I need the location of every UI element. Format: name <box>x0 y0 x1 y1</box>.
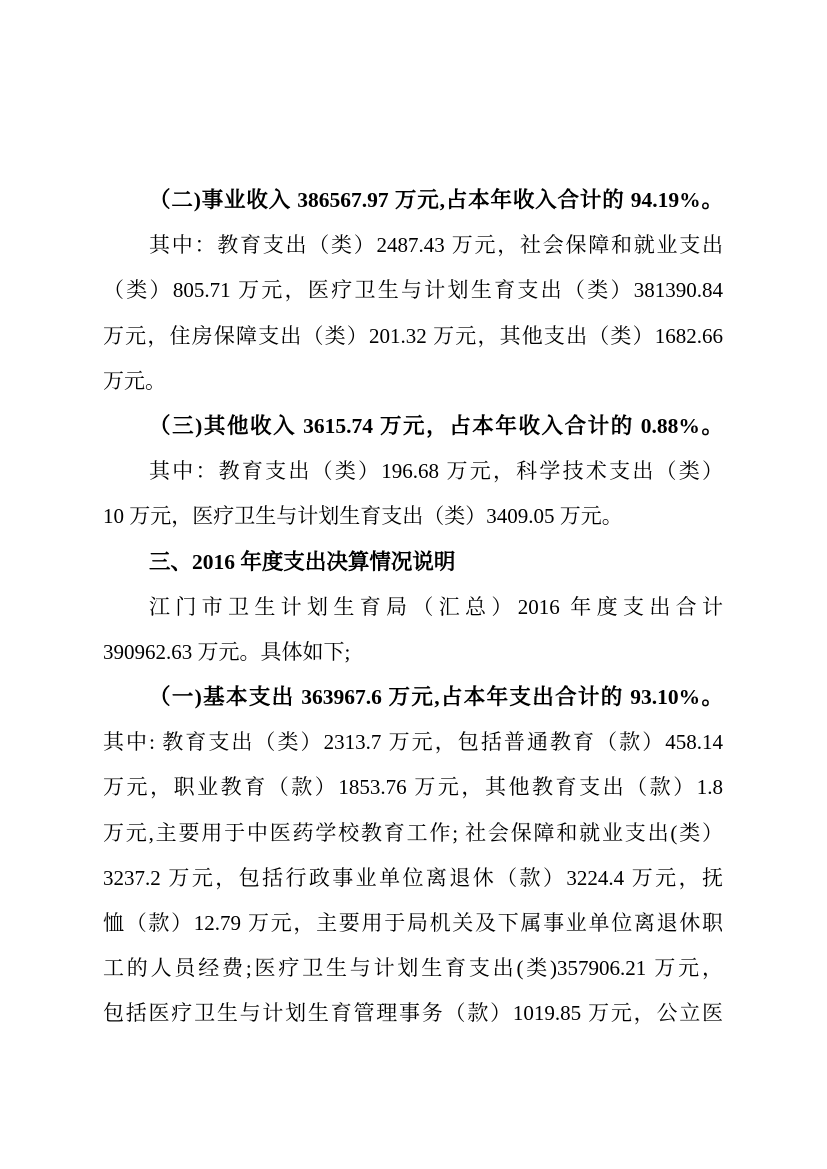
subheading-other-income: （三)其他收入 3615.74 万元，占本年收入合计的 0.88%。 <box>103 404 723 449</box>
body-line: 其中：教育支出（类）196.68 万元，科学技术支出（类） <box>103 449 723 494</box>
subheading-basic-expenditure: （一)基本支出 363967.6 万元,占本年支出合计的 93.10%。 <box>103 675 723 720</box>
body-line: 3237.2 万元，包括行政事业单位离退休（款）3224.4 万元，抚 <box>103 856 723 901</box>
body-line: 恤（款）12.79 万元，主要用于局机关及下属事业单位离退休职 <box>103 901 723 946</box>
body-line: 万元，职业教育（款）1853.76 万元，其他教育支出（款）1.8 <box>103 765 723 810</box>
body-line: 其中: 教育支出（类）2313.7 万元，包括普通教育（款）458.14 <box>103 720 723 765</box>
body-line: 万元。 <box>103 359 723 404</box>
body-line: 工的人员经费;医疗卫生与计划生育支出(类)357906.21 万元， <box>103 946 723 991</box>
body-line: 其中：教育支出（类）2487.43 万元，社会保障和就业支出 <box>103 223 723 268</box>
body-line: 万元，住房保障支出（类）201.32 万元，其他支出（类）1682.66 <box>103 314 723 359</box>
section-heading-expenditure: 三、2016 年度支出决算情况说明 <box>103 540 723 585</box>
body-line: 江门市卫生计划生育局（汇总）2016 年度支出合计 <box>103 585 723 630</box>
body-line: （类）805.71 万元，医疗卫生与计划生育支出（类）381390.84 <box>103 268 723 313</box>
body-line: 万元,主要用于中医药学校教育工作; 社会保障和就业支出(类） <box>103 811 723 856</box>
subheading-business-income: （二)事业收入 386567.97 万元,占本年收入合计的 94.19%。 <box>103 178 723 223</box>
document-text-block: （二)事业收入 386567.97 万元,占本年收入合计的 94.19%。 其中… <box>103 178 723 1037</box>
body-line: 390962.63 万元。具体如下; <box>103 630 723 675</box>
body-line: 10 万元，医疗卫生与计划生育支出（类）3409.05 万元。 <box>103 494 723 539</box>
body-line: 包括医疗卫生与计划生育管理事务（款）1019.85 万元，公立医 <box>103 991 723 1036</box>
document-page: （二)事业收入 386567.97 万元,占本年收入合计的 94.19%。 其中… <box>0 0 827 1169</box>
